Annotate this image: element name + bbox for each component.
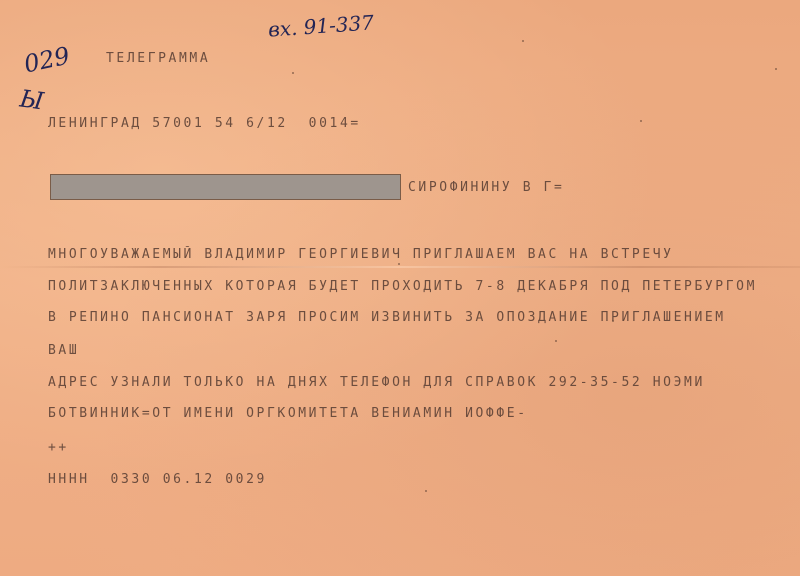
- body-line-6: БОТВИННИК=ОТ ИМЕНИ ОРГКОМИТЕТА ВЕНИАМИН …: [48, 406, 528, 422]
- redacted-addressee-block: [50, 174, 401, 200]
- telegram-title: ТЕЛЕГРАММА: [106, 51, 210, 67]
- telegram-sheet: вх. 91-337 029 Ы ТЕЛЕГРАММА ЛЕНИНГРАД 57…: [0, 0, 800, 576]
- paper-speck: [292, 72, 294, 74]
- handwritten-margin-mark: Ы: [18, 84, 45, 115]
- handwritten-reference-number: вх. 91-337: [267, 10, 374, 41]
- body-line-7: ++: [48, 440, 69, 456]
- routing-line: ЛЕНИНГРАД 57001 54 6/12 0014=: [48, 116, 361, 132]
- paper-speck: [425, 490, 427, 492]
- paper-speck: [640, 120, 642, 122]
- addressee-name: СИРОФИНИНУ В Г=: [408, 180, 564, 196]
- paper-speck: [775, 68, 777, 70]
- body-line-3: В РЕПИНО ПАНСИОНАТ ЗАРЯ ПРОСИМ ИЗВИНИТЬ …: [48, 310, 726, 326]
- body-line-5: АДРЕС УЗНАЛИ ТОЛЬКО НА ДНЯХ ТЕЛЕФОН ДЛЯ …: [48, 375, 705, 391]
- body-line-1: МНОГОУВАЖАЕМЫЙ ВЛАДИМИР ГЕОРГИЕВИЧ ПРИГЛ…: [48, 247, 674, 263]
- paper-fold-crease: [0, 266, 800, 268]
- body-line-2: ПОЛИТЗАКЛЮЧЕННЫХ КОТОРАЯ БУДЕТ ПРОХОДИТЬ…: [48, 279, 757, 295]
- body-line-4: ВАШ: [48, 343, 79, 359]
- paper-speck: [522, 40, 524, 42]
- paper-speck: [555, 340, 557, 342]
- paper-speck: [398, 263, 400, 265]
- paper-speck: [612, 320, 614, 322]
- footer-line: НННН 0330 06.12 0029: [48, 472, 267, 488]
- handwritten-margin-number: 029: [22, 42, 73, 79]
